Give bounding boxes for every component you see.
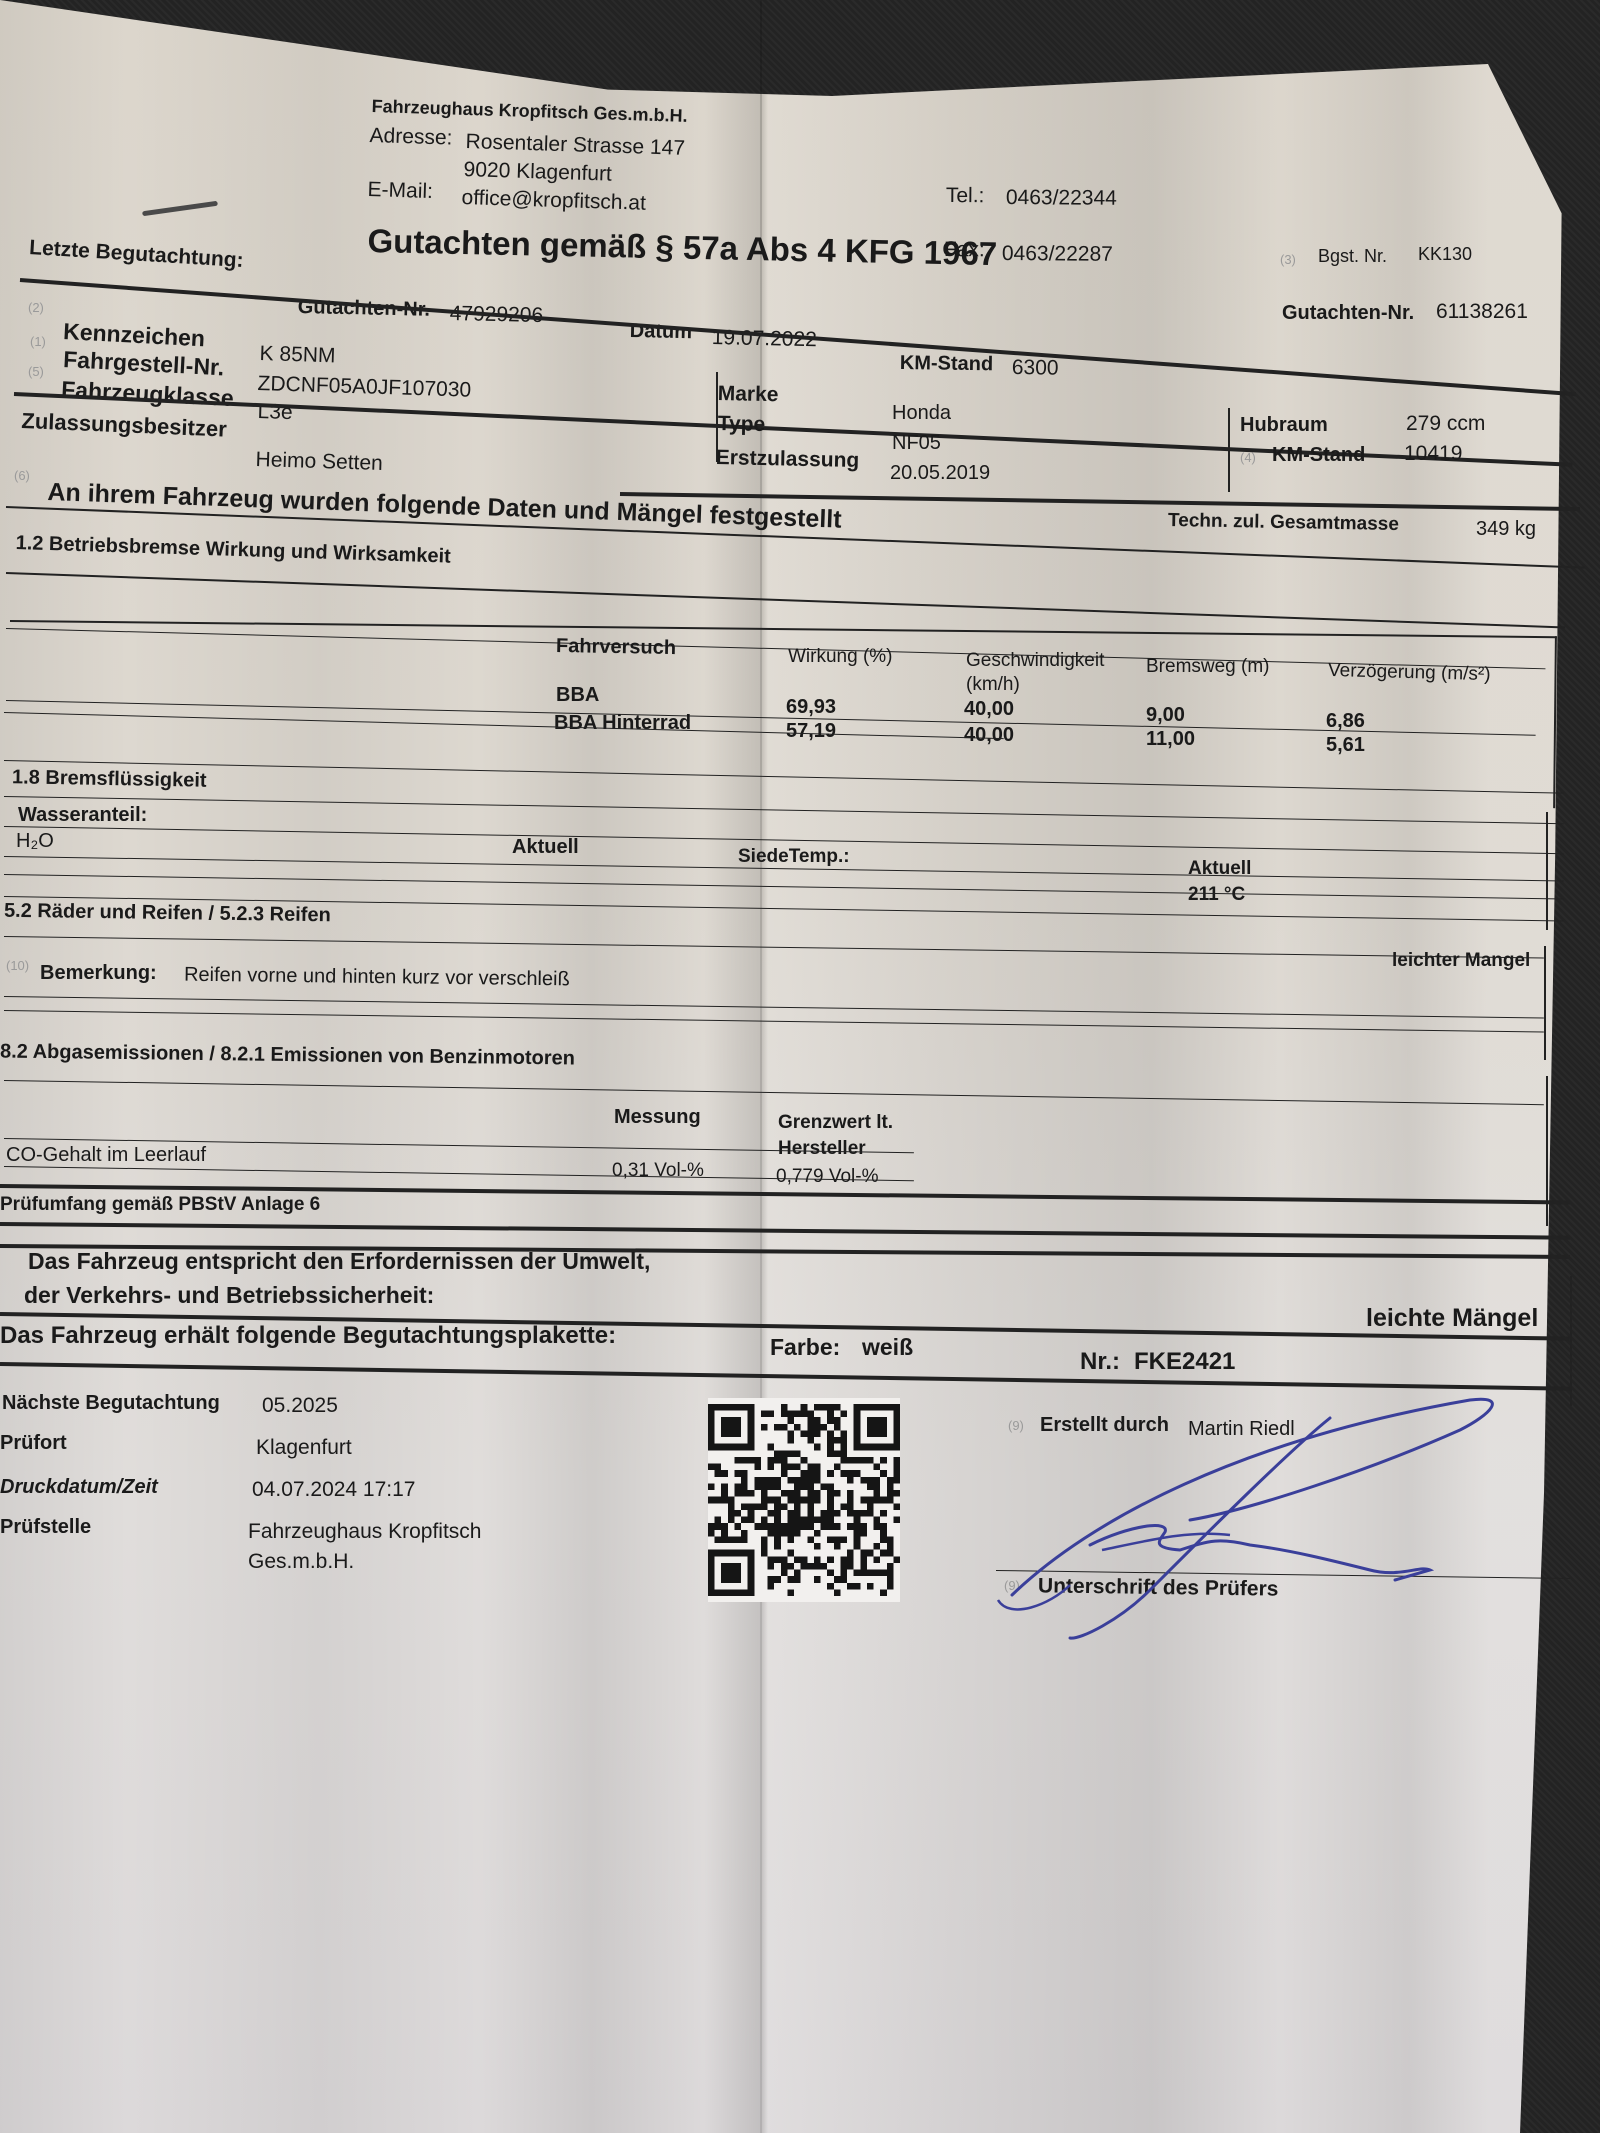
water-aktuell-label: Aktuell	[512, 836, 579, 859]
remark-text: Reifen vorne und hinten kurz vor verschl…	[184, 964, 570, 992]
findings-heading: An ihrem Fahrzeug wurden folgende Daten …	[47, 478, 842, 535]
siede-aktuell-label: Aktuell	[1188, 858, 1251, 880]
fahrzeugklasse-label: Fahrzeugklasse	[61, 376, 235, 412]
kennzeichen-value: K 85NM	[259, 342, 336, 368]
divider	[6, 572, 1565, 628]
pruefstelle-line2: Ges.m.b.H.	[248, 1550, 354, 1574]
marker-5: (5)	[28, 364, 44, 379]
remark-label: Bemerkung:	[40, 962, 157, 985]
marker-10: (10)	[6, 958, 29, 973]
brake-heading: 1.2 Betriebsbremse Wirkung und Wirksamke…	[15, 532, 451, 569]
next-inspection-value: 05.2025	[262, 1394, 338, 1418]
col-grenz-line1: Grenzwert lt.	[778, 1112, 893, 1134]
row-verz: 5,61	[1326, 734, 1365, 757]
fax-value: 0463/22287	[1002, 242, 1113, 267]
fahrgestell-value: ZDCNF05A0JF107030	[257, 372, 471, 403]
frame-edge	[1544, 946, 1546, 1060]
gesamtmasse-value: 349 kg	[1476, 518, 1536, 541]
divider	[0, 1222, 1570, 1240]
created-by-label: Erstellt durch	[1040, 1414, 1169, 1437]
marker-1: (1)	[30, 334, 46, 349]
pruefstelle-label: Prüfstelle	[0, 1516, 91, 1539]
marke-label: Marke	[717, 382, 778, 407]
marker-3: (3)	[1280, 252, 1296, 267]
siede-value: 211 °C	[1188, 884, 1245, 906]
row-wirkung: 57,19	[786, 720, 836, 743]
col-bremsweg: Bremsweg (m)	[1146, 656, 1270, 678]
last-km-value: 6300	[1012, 356, 1059, 381]
company-name: Fahrzeughaus Kropfitsch Ges.m.b.H.	[371, 96, 688, 127]
address-label: Adresse:	[369, 124, 453, 151]
email-link[interactable]: office@kropfitsch.at	[461, 186, 646, 216]
col-speed-line1: Geschwindigkeit	[966, 650, 1104, 672]
marker-6: (6)	[14, 468, 30, 483]
bgst-label: Bgst. Nr.	[1318, 246, 1387, 267]
row-bremsweg: 9,00	[1146, 704, 1185, 727]
water-label: Wasseranteil:	[18, 804, 147, 827]
plakette-color-label: Farbe:	[770, 1334, 840, 1361]
marker-2: (2)	[28, 300, 44, 315]
hubraum-value: 279 ccm	[1406, 412, 1485, 436]
marke-value: Honda	[892, 402, 951, 425]
hubraum-label: Hubraum	[1240, 414, 1328, 437]
inspection-report: Fahrzeughaus Kropfitsch Ges.m.b.H. Adres…	[0, 0, 1600, 2133]
row-wirkung: 69,93	[786, 696, 836, 719]
col-wirkung: Wirkung (%)	[788, 646, 893, 668]
scope-text: Prüfumfang gemäß PBStV Anlage 6	[0, 1194, 320, 1216]
pruefort-label: Prüfort	[0, 1432, 67, 1455]
plakette-label: Das Fahrzeug erhält folgende Begutachtun…	[0, 1322, 616, 1350]
besitzer-value: Heimo Setten	[255, 448, 383, 476]
row-verz: 6,86	[1326, 710, 1365, 733]
frame-edge	[1546, 812, 1548, 930]
divider	[20, 278, 1576, 396]
gutachten-label: Gutachten-Nr.	[1282, 302, 1414, 325]
row-name: BBA	[556, 684, 599, 707]
plakette-nr-label: Nr.:	[1080, 1348, 1120, 1376]
emissions-heading: 8.2 Abgasemissionen / 8.2.1 Emissionen v…	[0, 1040, 575, 1070]
tel-label: Tel.:	[946, 184, 985, 208]
address-city: 9020 Klagenfurt	[463, 158, 612, 187]
conformity-line2: der Verkehrs- und Betriebssicherheit:	[24, 1282, 434, 1309]
marker-9: (9)	[1008, 1418, 1024, 1433]
last-inspection-label: Letzte Begutachtung:	[29, 236, 245, 273]
signature-label: Unterschrift des Prüfers	[1038, 1574, 1279, 1601]
address-street: Rosentaler Strasse 147	[465, 130, 685, 161]
row-speed: 40,00	[964, 698, 1014, 721]
email-label: E-Mail:	[367, 178, 433, 204]
siede-label: SiedeTemp.:	[738, 846, 850, 868]
marker-9-sign: (9)	[1004, 1578, 1020, 1593]
h2o-label: H₂O	[16, 830, 54, 853]
tires-severity: leichter Mangel	[1392, 950, 1530, 972]
page-title: Gutachten gemäß § 57a Abs 4 KFG 1967	[367, 222, 997, 273]
plakette-color-value: weiß	[862, 1334, 913, 1361]
bgst-value: KK130	[1418, 244, 1472, 265]
besitzer-label: Zulassungsbesitzer	[21, 408, 227, 443]
druckdatum-value: 04.07.2024 17:17	[252, 1478, 416, 1502]
next-inspection-label: Nächste Begutachtung	[2, 1392, 220, 1415]
marker-4: (4)	[1240, 450, 1256, 465]
druckdatum-label: Druckdatum/Zeit	[0, 1476, 158, 1499]
co-grenzwert: 0,779 Vol-%	[776, 1166, 878, 1188]
gutachten-number: 61138261	[1436, 300, 1528, 324]
col-messung: Messung	[614, 1106, 701, 1129]
conformity-line1: Das Fahrzeug entspricht den Erforderniss…	[28, 1248, 650, 1275]
type-label: Type	[717, 412, 765, 437]
erstzulassung-label: Erstzulassung	[715, 446, 859, 473]
tel-value: 0463/22344	[1006, 186, 1117, 211]
gesamtmasse-label: Techn. zul. Gesamtmasse	[1168, 510, 1399, 536]
pruefort-value: Klagenfurt	[256, 1436, 352, 1460]
divider	[4, 936, 1544, 959]
created-by-value: Martin Riedl	[1188, 1418, 1295, 1441]
last-km-label: KM-Stand	[900, 352, 994, 376]
column-divider	[1228, 408, 1230, 492]
col-verzoegerung: Verzögerung (m/s²)	[1328, 660, 1491, 686]
brake-fluid-heading: 1.8 Bremsflüssigkeit	[12, 766, 207, 792]
row-speed: 40,00	[964, 724, 1014, 747]
divider	[0, 1362, 1572, 1391]
tires-heading: 5.2 Räder und Reifen / 5.2.3 Reifen	[4, 900, 331, 928]
km-stand-label: KM-Stand	[1272, 444, 1365, 467]
pruefstelle-line1: Fahrzeughaus Kropfitsch	[248, 1520, 481, 1544]
km-stand-value: 10419	[1404, 442, 1462, 466]
col-speed-line2: (km/h)	[966, 674, 1020, 696]
co-messung: 0,31 Vol-%	[612, 1160, 704, 1182]
col-grenz-line2: Hersteller	[778, 1138, 866, 1160]
row-name: BBA Hinterrad	[554, 712, 691, 735]
type-value: NF05	[892, 432, 941, 455]
conformity-result: leichte Mängel	[1366, 1304, 1538, 1333]
divider	[4, 1080, 1544, 1105]
row-bremsweg: 11,00	[1146, 728, 1195, 751]
co-label: CO-Gehalt im Leerlauf	[6, 1144, 206, 1167]
divider	[4, 996, 1544, 1019]
erstzulassung-value: 20.05.2019	[890, 462, 990, 485]
plakette-nr-value: FKE2421	[1134, 1348, 1235, 1376]
col-fahrversuch: Fahrversuch	[556, 635, 676, 660]
qr-code	[708, 1398, 900, 1602]
